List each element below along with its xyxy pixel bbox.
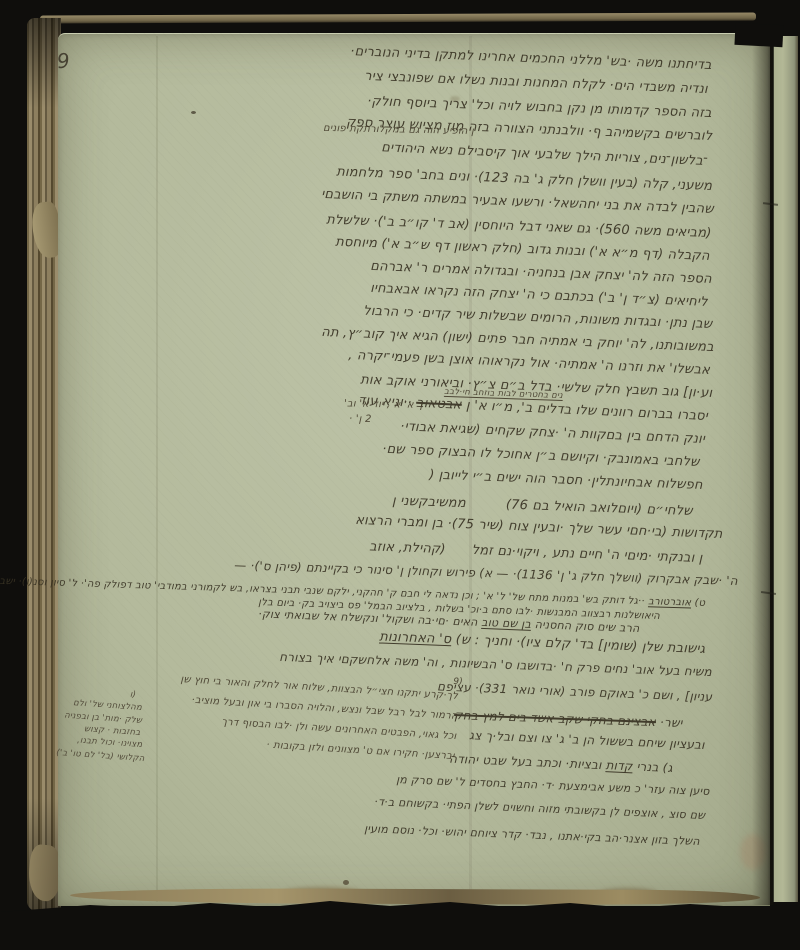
- manuscript-line: שלחבי באמונבק· וקיושם ב״ן אחוכל לו הבצוק…: [382, 443, 700, 469]
- handwritten-text: וכל גאוי, הפבטים האחרונים עשה ולן ·לבו ה…: [221, 717, 457, 742]
- handwritten-text: ן הופיע הוה גם במקלורתקת פונים: [323, 123, 474, 137]
- manuscript-line: משיח בעל אוב' נחים פרק ח' ·בדושבו ס' הבש…: [279, 651, 712, 678]
- manuscript-line: שלחי״ם (ויוםלואב הואיל בם 76)ממשיבקשני ן: [392, 495, 693, 518]
- manuscript-line: יונק הדחם בין בםקוות ה' ·צחק שקחים (שגיא…: [400, 420, 705, 446]
- handwritten-text: שלחי״ם (ויוםלואב הואיל בם 76): [506, 497, 693, 519]
- manuscript-line: השלך בזון אצנר·הב בקי·אתנו , נבד· קדר צי…: [364, 823, 700, 847]
- manuscript-line: שהבין לבדה את בני יחהשאל· ורשעו אבעיר במ…: [321, 188, 714, 216]
- margin-note-mid-line: 2 ן' ·: [349, 415, 372, 425]
- handwritten-text: מהלצוחני של' ולם: [73, 698, 142, 713]
- manuscript-line: ־בלשון־נים, צוריות הילך שלבעי אוך קיסביל…: [381, 141, 708, 168]
- underlined-text: קדות: [606, 758, 634, 773]
- handwritten-text: (ו: [130, 690, 137, 700]
- handwritten-text: ן ובנקתי ·מיםי ה' חיים נתע , ויקוי·נם זמ…: [472, 543, 703, 566]
- underlined-text: בן שם טוב: [482, 616, 532, 631]
- manuscript-line: חפשלוח אבחיונתלין· חסבר הוה ישים ב״י ליי…: [429, 468, 703, 491]
- manuscript-line: ן ובנקתי ·מיםי ה' חיים נתע , ויקוי·נם זמ…: [369, 540, 703, 565]
- underlined-text: ס' האחרונות: [379, 629, 452, 647]
- handwritten-text: ונדיה משבדי הים· לקלח המחנות ובנות נשלו …: [364, 69, 708, 97]
- margin-tiny-note-line: שלק ·מות' בן ובפניה: [64, 712, 143, 726]
- handwritten-text: בדיחתנו משה ·בש' מללני החכמים אחרינו למת…: [350, 44, 712, 73]
- spacing-gap: [466, 507, 506, 508]
- margin-note-block-line: יברצען· חקירו אם ט' מצוונים ולזן בקובות …: [266, 741, 455, 762]
- handwriting-layer: בדיחתנו משה ·בש' מללני החכמים אחרינו למת…: [0, 0, 800, 950]
- margin-tiny-note-line: מצוינו· וכול תבנו,: [77, 736, 143, 749]
- manuscript-line: עניון] , ושם כ' באוקם פורב (אורי נואר 33…: [437, 680, 712, 703]
- handwritten-text: ובעציון שיחם בששול הן ב' ג' צו וצם ובל·ך…: [469, 728, 705, 752]
- handwritten-text: ממשיבקשני ן: [392, 494, 466, 512]
- margin-note-mid-line: ך א' א , יוד א' וב': [344, 399, 423, 411]
- handwritten-text: יברצען· חקירו אם ט' מצוונים ולזן בקובות …: [266, 740, 455, 762]
- manuscript-line: בזה הספר קדמותו מן נקן בחבוש לויה וכל' צ…: [367, 95, 712, 120]
- manuscript-line: גישובת שלן (שומין] בד' קלם ציו)· וחניך :…: [379, 630, 705, 656]
- manuscript-line: ונדיה משבדי הים· לקלח המחנות ובנות נשלו …: [364, 70, 708, 96]
- underlined-text: אוברטורב: [648, 596, 691, 608]
- handwritten-text: שם סוצ , אוצפים לן בקשובתי מזוה וחשוים ל…: [374, 795, 705, 822]
- margin-tiny-note-line: (ו: [130, 691, 137, 700]
- handwritten-text: חפשלוח אבחיונתלין· חסבר הוה ישים ב״י ליי…: [429, 467, 703, 492]
- manuscript-line: ג) בנרי קדות ובציות· וכתב בעל שבט יהודה: [449, 753, 673, 774]
- margin-tiny-note-line: הקלושי (בל' לם טו' ב'): [55, 749, 144, 764]
- handwritten-text: הרב שים סוק החסניה: [531, 618, 640, 635]
- handwritten-text: מצוינו· וכול תבנו,: [76, 735, 142, 750]
- manuscript-line: סיען צוה עזר' כ משע אבימצעת ·ד· החבץ בחס…: [396, 774, 710, 797]
- handwritten-text: ך א' א , יוד א' וב': [344, 398, 423, 411]
- interlinear-mark: (9: [453, 678, 463, 687]
- handwritten-text: השלך בזון אצנר·הב בקי·אתנו , נבד· קדר צי…: [364, 822, 700, 848]
- handwritten-text: יונק הדחם בין בםקוות ה' ·צחק שקחים (שגיא…: [400, 419, 705, 447]
- manuscript-line: ובעציון שיחם בששול הן ב' ג' צו וצם ובל·ך…: [469, 729, 705, 751]
- handwritten-text: עניון] , ושם כ' באוקם פורב (אורי נואר 33…: [437, 679, 713, 704]
- handwritten-text: יסברו בברום רוונים שלו בדלים ב', מ״ו א' …: [461, 398, 708, 424]
- handwritten-text: הקלושי (בל' לם טו' ב'): [55, 748, 144, 764]
- manuscript-line: בדיחתנו משה ·בש' מללני החכמים אחרינו למת…: [350, 45, 712, 72]
- handwritten-text: שלחבי באמונבק· וקיושם ב״ן אחוכל לו הבצוק…: [382, 442, 700, 470]
- handwritten-text: ישר·: [656, 715, 683, 730]
- handwritten-text: (קהילת, אוזב: [369, 539, 446, 557]
- manuscript-line: אבשלו' את וזרנו ה' אמתיה· אול נקראוהו או…: [348, 349, 710, 377]
- margin-note-top: ן הופיע הוה גם במקלורתקת פונים: [323, 124, 474, 137]
- manuscript-line: שם סוצ , אוצפים לן בקשובתי מזוה וחשוים ל…: [374, 796, 705, 821]
- spacing-gap: [446, 553, 472, 554]
- handwritten-text: ובציות· וכתב בעל שבט יהודה: [449, 752, 606, 773]
- handwritten-text: שלק ·מות' בן ובפניה: [64, 711, 143, 726]
- manuscript-line: ישר· אבצינם בחקי שקב אשד בים למץ בחק: [454, 709, 683, 729]
- margin-tiny-note-line: מהלצוחני של' ולם: [73, 699, 142, 712]
- handwritten-text: סיען צוה עזר' כ משע אבימצעת ·ד· החבץ בחס…: [396, 773, 710, 798]
- handwritten-text: ט): [691, 598, 706, 609]
- handwritten-text: ג) בנרי: [633, 759, 674, 775]
- margin-note-block-line: וכל גאוי, הפבטים האחרונים עשה ולן ·לבו ה…: [221, 718, 457, 742]
- handwritten-text: גישובת שלן (שומין] בד' קלם ציו)· וחניך :…: [451, 632, 705, 657]
- handwritten-text: 2 ן' ·: [349, 414, 372, 425]
- handwritten-text: (9: [453, 677, 463, 687]
- handwritten-text: ־בלשון־נים, צוריות הילך שלבעי אוך קיסביל…: [381, 140, 708, 169]
- manuscript-line: שבן נתן· ובגדות משונות, הרומים שבשלות שי…: [363, 305, 713, 331]
- struck-out-text: אבצינם בחקי שקב אשד בים למץ בחק: [454, 708, 656, 729]
